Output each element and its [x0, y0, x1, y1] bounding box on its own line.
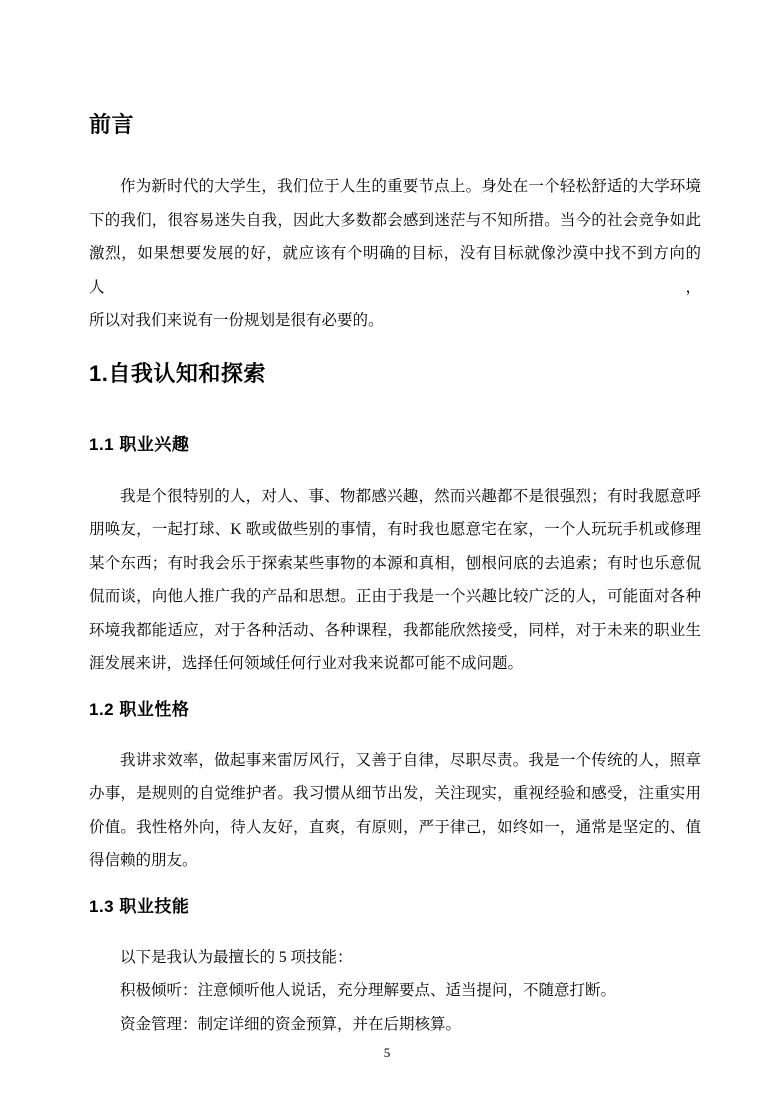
text-line: 价值。我性格外向，待人友好，直爽，有原则，严于律己，如终如一，通常是坚定的、值	[89, 811, 701, 845]
section-1-3-heading: 1.3 职业技能	[89, 896, 701, 918]
text-line: 某个东西；有时我会乐于探索某些事物的本源和真相，刨根问底的去追索；有时也乐意侃	[89, 547, 701, 581]
skills-intro-line: 以下是我认为最擅长的 5 项技能：	[89, 941, 701, 975]
skill-item-active-listening: 积极倾听：注意倾听他人说话，充分理解要点、适当提问，不随意打断。	[89, 974, 701, 1008]
text-line: 我是个很特别的人，对人、事、物都感兴趣，然而兴趣都不是很强烈；有时我愿意呼	[89, 480, 701, 514]
text-line: 环境我都能适应，对于各种活动、各种课程，我都能欣然接受，同样，对于未来的职业生	[89, 614, 701, 648]
text-line: 涯发展来讲，选择任何领域任何行业对我来说都可能不成问题。	[89, 647, 701, 681]
text-line: 得信赖的朋友。	[89, 844, 701, 878]
section-1-3-skill-list: 以下是我认为最擅长的 5 项技能： 积极倾听：注意倾听他人说话，充分理解要点、适…	[89, 941, 701, 1042]
text-line: 下的我们，很容易迷失自我，因此大多数都会感到迷茫与不知所措。当今的社会竞争如此	[89, 204, 701, 238]
section-1-2-heading: 1.2 职业性格	[89, 699, 701, 721]
document-page: 前言 作为新时代的大学生，我们位于人生的重要节点上。身处在一个轻松舒适的大学环境…	[0, 0, 774, 1095]
section-1-1-heading: 1.1 职业兴趣	[89, 434, 701, 456]
section-1-heading: 1.自我认知和探索	[89, 360, 701, 388]
skill-item-fund-management: 资金管理：制定详细的资金预算，并在后期核算。	[89, 1008, 701, 1042]
text-line: 激烈，如果想要发展的好，就应该有个明确的目标，没有目标就像沙漠中找不到方向的人，	[89, 237, 701, 304]
text-line: 朋唤友，一起打球、K 歌或做些别的事情，有时我也愿意宅在家，一个人玩玩手机或修理	[89, 513, 701, 547]
text-line: 所以对我们来说有一份规划是很有必要的。	[89, 304, 701, 338]
text-line: 我讲求效率，做起事来雷厉风行，又善于自律，尽职尽责。我是一个传统的人，照章	[89, 744, 701, 778]
preface-heading: 前言	[89, 111, 701, 139]
text-line: 办事，是规则的自觉维护者。我习惯从细节出发，关注现实，重视经验和感受，注重实用	[89, 777, 701, 811]
text-line: 作为新时代的大学生，我们位于人生的重要节点上。身处在一个轻松舒适的大学环境	[89, 170, 701, 204]
section-1-2-paragraph: 我讲求效率，做起事来雷厉风行，又善于自律，尽职尽责。我是一个传统的人，照章 办事…	[89, 744, 701, 878]
preface-paragraph: 作为新时代的大学生，我们位于人生的重要节点上。身处在一个轻松舒适的大学环境 下的…	[89, 170, 701, 338]
text-line: 侃而谈，向他人推广我的产品和思想。正由于我是一个兴趣比较广泛的人，可能面对各种	[89, 580, 701, 614]
page-number: 5	[73, 1044, 701, 1061]
section-1-1-paragraph: 我是个很特别的人，对人、事、物都感兴趣，然而兴趣都不是很强烈；有时我愿意呼 朋唤…	[89, 480, 701, 681]
